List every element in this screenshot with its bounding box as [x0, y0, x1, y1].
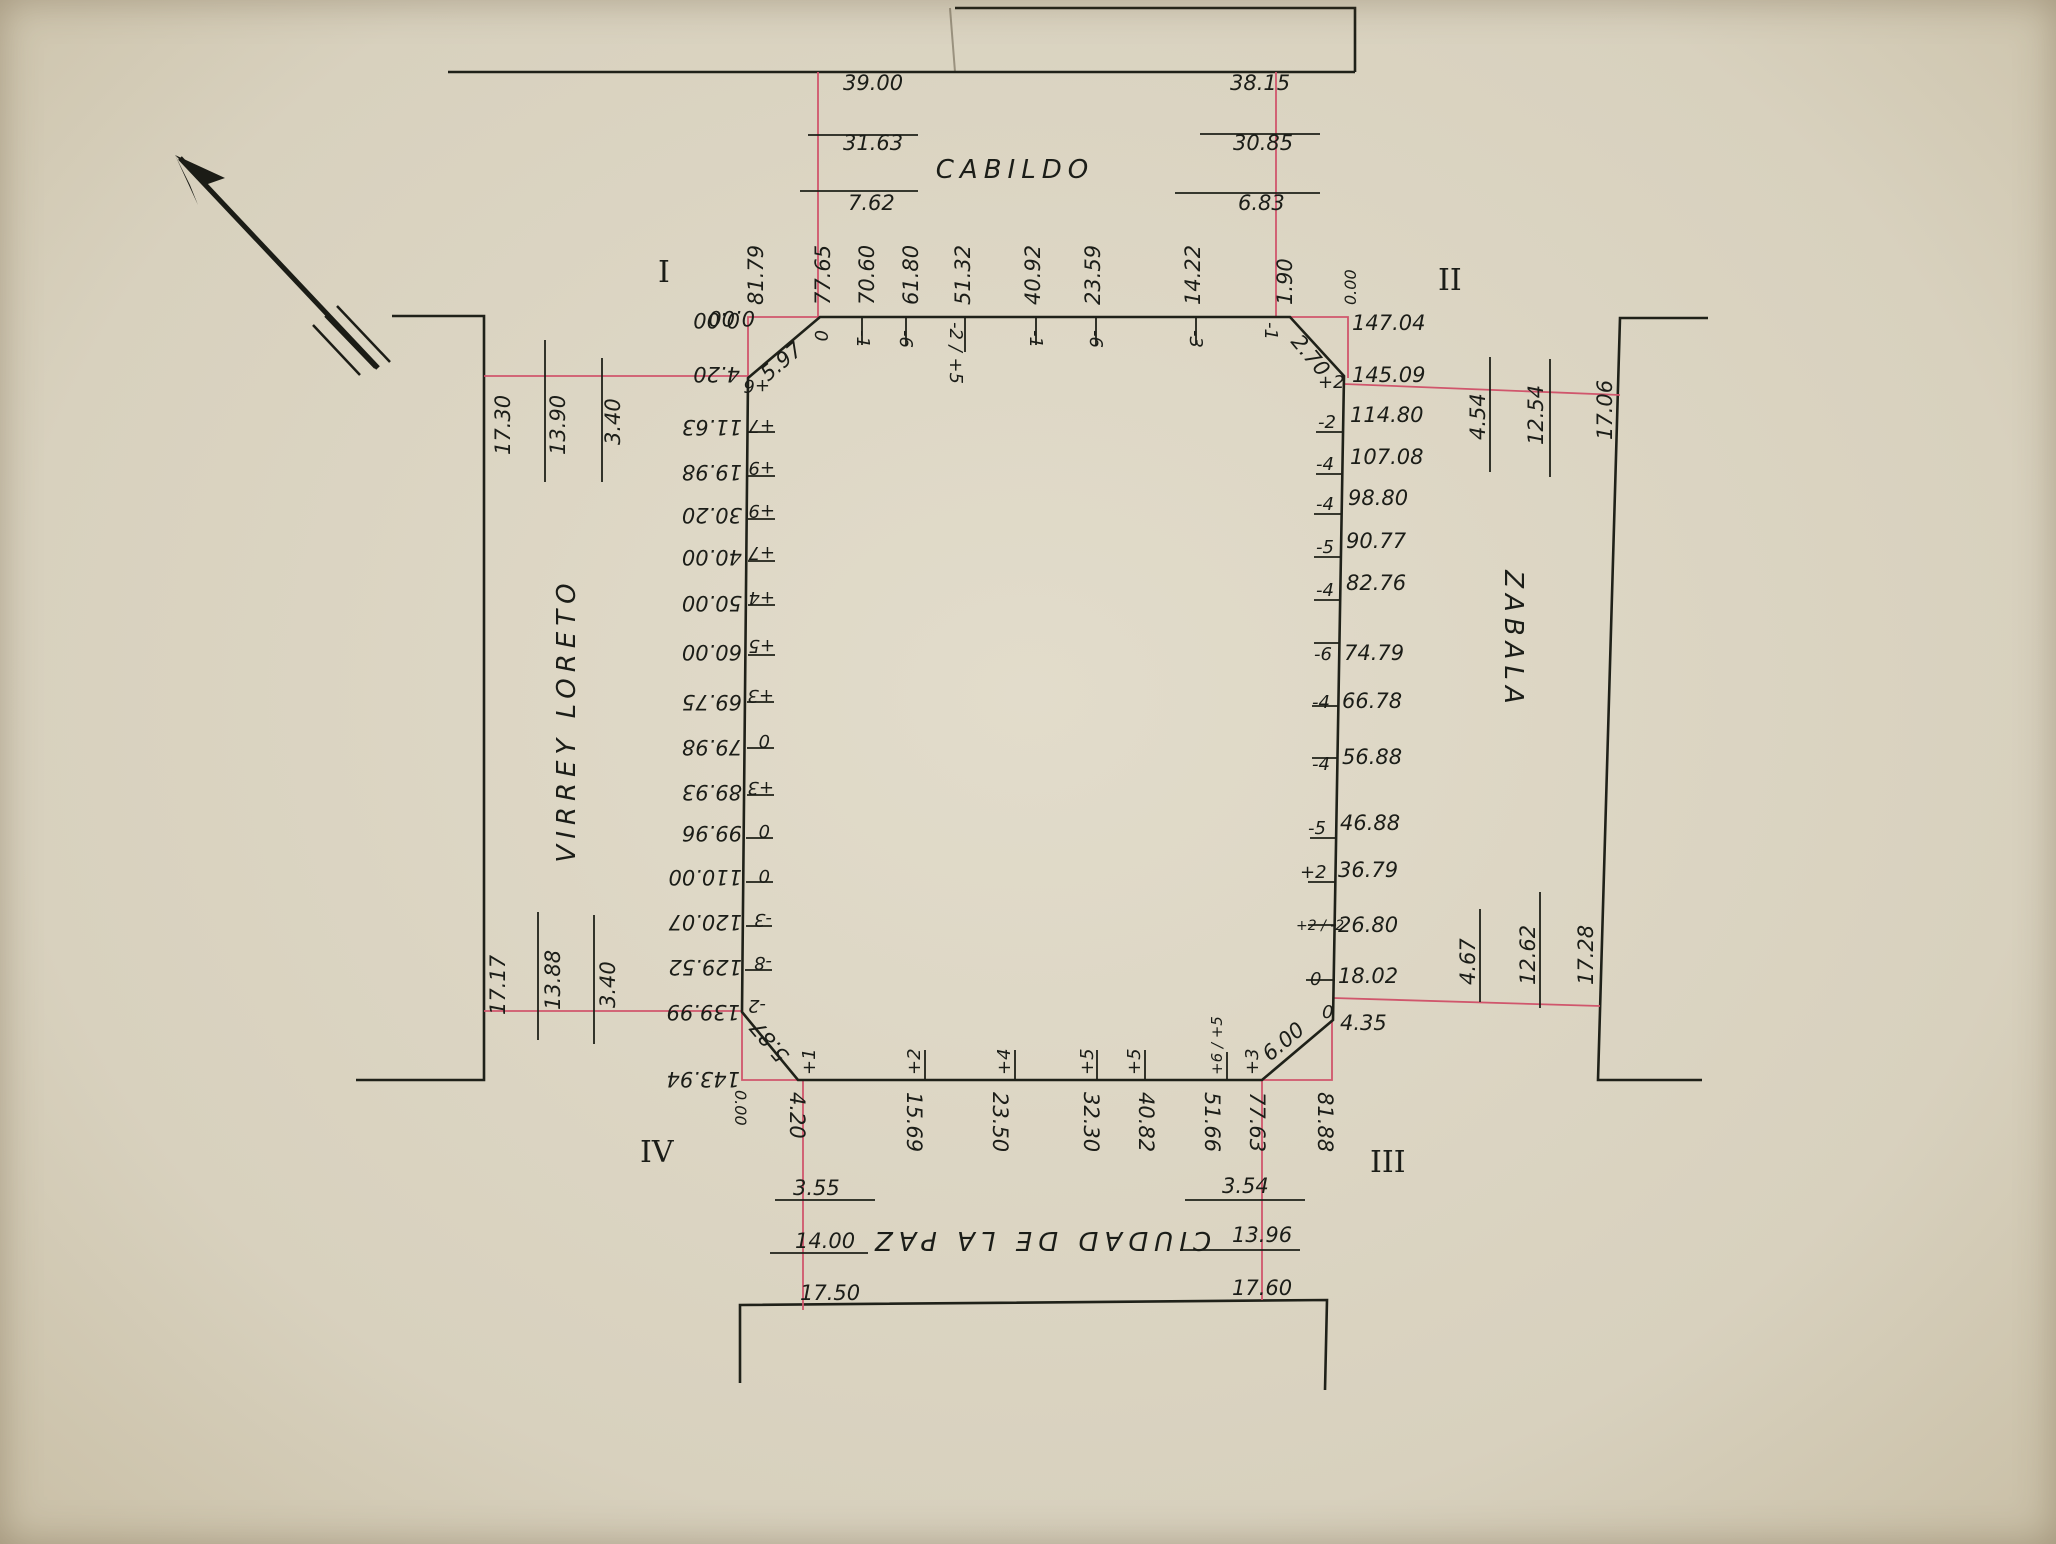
svg-text:77.65: 77.65	[811, 245, 835, 305]
svg-text:17.30: 17.30	[491, 395, 515, 455]
svg-text:18.02: 18.02	[1338, 964, 1398, 988]
svg-text:39.00: 39.00	[843, 71, 903, 95]
svg-text:0: 0	[759, 865, 770, 886]
svg-text:46.88: 46.88	[1340, 811, 1400, 835]
svg-text:79.98: 79.98	[682, 735, 742, 759]
svg-text:-5: -5	[1308, 818, 1326, 839]
svg-text:-6: -6	[1085, 330, 1106, 348]
bottom-side-stations: 0.00 4.20 15.69 23.50 32.30 40.82 51.66 …	[731, 1016, 1337, 1152]
svg-text:3.55: 3.55	[793, 1176, 840, 1200]
svg-text:51.32: 51.32	[951, 245, 975, 305]
svg-text:-5: -5	[1316, 537, 1334, 558]
svg-text:30.85: 30.85	[1233, 131, 1293, 155]
reference-lines	[484, 72, 1620, 1310]
svg-text:+9: +9	[748, 457, 775, 478]
svg-text:-4: -4	[1316, 494, 1334, 515]
zabala-widths: 4.54 12.54 17.06 4.67 12.62 17.28	[1456, 380, 1617, 985]
svg-text:4.20: 4.20	[785, 1092, 809, 1139]
svg-text:+2: +2	[904, 1048, 925, 1075]
svg-text:30.20: 30.20	[682, 503, 742, 527]
svg-text:+7: +7	[748, 415, 775, 436]
svg-text:+5: +5	[1077, 1048, 1098, 1075]
svg-text:69.75: 69.75	[682, 690, 742, 714]
svg-text:114.80: 114.80	[1350, 403, 1423, 427]
street-name-cabildo: CABILDO	[936, 155, 1094, 185]
svg-text:61.80: 61.80	[899, 245, 923, 305]
svg-text:14.22: 14.22	[1181, 245, 1205, 305]
svg-text:60.00: 60.00	[682, 640, 742, 664]
svg-text:-8: -8	[754, 952, 772, 973]
svg-text:23.59: 23.59	[1081, 245, 1105, 305]
svg-text:0: 0	[1310, 969, 1321, 990]
svg-text:40.92: 40.92	[1021, 245, 1045, 305]
ciudad-de-la-paz-frontage-line	[740, 1300, 1327, 1390]
svg-text:50.00: 50.00	[682, 591, 742, 615]
svg-text:82.76: 82.76	[1346, 571, 1406, 595]
svg-text:32.30: 32.30	[1079, 1092, 1103, 1152]
svg-text:+9: +9	[748, 500, 775, 521]
svg-text:-1: -1	[852, 330, 873, 348]
svg-text:+3: +3	[747, 777, 774, 798]
svg-text:-3: -3	[754, 909, 772, 930]
svg-text:+7: +7	[748, 542, 775, 563]
svg-text:0.00: 0.00	[731, 1090, 750, 1126]
virrey-loreto-frontage-line	[356, 316, 484, 1080]
svg-text:-4: -4	[1312, 692, 1330, 713]
svg-text:13.90: 13.90	[546, 395, 570, 455]
svg-text:90.77: 90.77	[1346, 529, 1407, 553]
svg-text:40.82: 40.82	[1134, 1092, 1158, 1152]
svg-text:1.90: 1.90	[1273, 258, 1297, 305]
svg-text:0: 0	[1322, 1002, 1333, 1023]
svg-text:-4: -4	[1316, 454, 1334, 475]
paper-flap	[950, 8, 1355, 72]
svg-text:147.04: 147.04	[1352, 311, 1425, 335]
left-side-stations: 0.00 4.20 11.63 19.98 30.20 40.00 50.00 …	[667, 308, 775, 1091]
svg-text:+2: +2	[1318, 372, 1345, 393]
svg-text:-6: -6	[1314, 644, 1332, 665]
svg-text:120.07: 120.07	[668, 910, 742, 934]
svg-text:+4: +4	[994, 1048, 1015, 1075]
svg-text:31.63: 31.63	[843, 131, 903, 155]
svg-text:+3: +3	[1242, 1048, 1263, 1075]
svg-text:0: 0	[759, 730, 770, 751]
svg-text:4.35: 4.35	[1340, 1011, 1387, 1035]
svg-text:74.79: 74.79	[1344, 641, 1404, 665]
svg-text:-2: -2	[748, 995, 766, 1016]
svg-text:40.00: 40.00	[682, 545, 742, 569]
svg-text:129.52: 129.52	[669, 955, 742, 979]
svg-text:56.88: 56.88	[1342, 745, 1402, 769]
svg-text:70.60: 70.60	[855, 245, 879, 305]
svg-text:81.79: 81.79	[744, 245, 768, 305]
survey-plan-drawing: CABILDO ZABALA CIUDAD DE LA PAZ VIRREY L…	[0, 0, 2056, 1544]
svg-text:+6 / +5: +6 / +5	[1208, 1016, 1226, 1075]
svg-text:+5: +5	[1124, 1048, 1145, 1075]
svg-text:81.88: 81.88	[1313, 1092, 1337, 1152]
svg-text:6.00: 6.00	[1258, 1017, 1309, 1065]
svg-text:15.69: 15.69	[902, 1092, 926, 1152]
svg-text:11.63: 11.63	[682, 415, 742, 439]
north-arrow-icon	[175, 155, 390, 375]
svg-text:-6: -6	[895, 330, 916, 348]
svg-text:17.50: 17.50	[800, 1281, 860, 1305]
svg-text:0: 0	[759, 820, 770, 841]
svg-text:12.62: 12.62	[1516, 925, 1540, 985]
svg-text:17.28: 17.28	[1574, 925, 1598, 985]
svg-text:7.62: 7.62	[848, 191, 895, 215]
svg-text:13.96: 13.96	[1232, 1223, 1292, 1247]
top-side-stations: 0.00 81.79 77.65 70.60 61.80 51.32 40.92…	[708, 245, 1360, 384]
svg-text:143.94: 143.94	[667, 1067, 740, 1091]
svg-text:4.54: 4.54	[1466, 393, 1490, 440]
svg-text:38.15: 38.15	[1230, 71, 1290, 95]
svg-text:26.80: 26.80	[1338, 913, 1398, 937]
svg-text:3.54: 3.54	[1222, 1174, 1269, 1198]
svg-text:-4: -4	[1316, 580, 1334, 601]
svg-text:-2 / +5: -2 / +5	[945, 322, 966, 384]
chamfer-lengths: 5.97 2.70 6.00 5.87	[745, 330, 1335, 1067]
svg-text:+4: +4	[748, 587, 775, 608]
svg-text:110.00: 110.00	[669, 865, 742, 889]
svg-text:17.17: 17.17	[486, 954, 510, 1015]
svg-text:77.63: 77.63	[1245, 1092, 1269, 1152]
svg-text:14.00: 14.00	[795, 1229, 855, 1253]
svg-text:0.00: 0.00	[1341, 269, 1360, 305]
svg-text:139.99: 139.99	[667, 1000, 740, 1024]
svg-text:+2: +2	[1300, 862, 1327, 883]
svg-text:36.79: 36.79	[1338, 858, 1398, 882]
svg-text:0: 0	[810, 330, 831, 341]
svg-text:17.06: 17.06	[1593, 380, 1617, 440]
svg-text:4.20: 4.20	[693, 362, 740, 386]
svg-text:+5: +5	[748, 635, 775, 656]
svg-text:-3: -3	[1185, 330, 1206, 348]
svg-text:3.40: 3.40	[601, 398, 625, 445]
corner-label-I: I	[658, 255, 670, 290]
svg-text:-1: -1	[1260, 322, 1281, 340]
svg-text:+1: +1	[799, 1048, 820, 1075]
svg-text:19.98: 19.98	[682, 460, 742, 484]
svg-text:51.66: 51.66	[1200, 1092, 1224, 1152]
svg-text:89.93: 89.93	[682, 780, 742, 804]
svg-text:+6: +6	[743, 375, 770, 396]
street-name-virrey-loreto: VIRREY LORETO	[552, 577, 582, 862]
svg-text:99.96: 99.96	[682, 821, 742, 845]
svg-text:+2 / -2: +2 / -2	[1296, 918, 1344, 934]
svg-text:6.83: 6.83	[1238, 191, 1285, 215]
corner-label-IV: IV	[640, 1135, 675, 1170]
block-outline	[742, 317, 1344, 1080]
svg-text:4.67: 4.67	[1456, 938, 1480, 985]
svg-text:98.80: 98.80	[1348, 486, 1408, 510]
svg-text:-1: -1	[1025, 330, 1046, 348]
svg-text:66.78: 66.78	[1342, 689, 1402, 713]
svg-text:107.08: 107.08	[1350, 445, 1423, 469]
svg-text:145.09: 145.09	[1352, 363, 1425, 387]
right-side-stations: 147.04 145.09 114.80 107.08 98.80 90.77 …	[1296, 311, 1425, 1035]
svg-text:3.40: 3.40	[596, 961, 620, 1008]
svg-text:-2: -2	[1318, 412, 1336, 433]
street-name-zabala: ZABALA	[1498, 569, 1528, 710]
svg-text:-4: -4	[1312, 754, 1330, 775]
corner-label-II: II	[1438, 263, 1462, 298]
street-name-ciudad-de-la-paz: CIUDAD DE LA PAZ	[869, 1225, 1211, 1255]
svg-text:+3: +3	[747, 685, 774, 706]
svg-text:13.88: 13.88	[541, 950, 565, 1010]
svg-text:17.60: 17.60	[1232, 1276, 1292, 1300]
svg-text:12.54: 12.54	[1524, 385, 1548, 445]
survey-plan-sheet: CABILDO ZABALA CIUDAD DE LA PAZ VIRREY L…	[0, 0, 2056, 1544]
corner-label-III: III	[1370, 1145, 1406, 1180]
svg-text:0.00: 0.00	[693, 308, 740, 332]
svg-text:23.50: 23.50	[988, 1092, 1012, 1152]
